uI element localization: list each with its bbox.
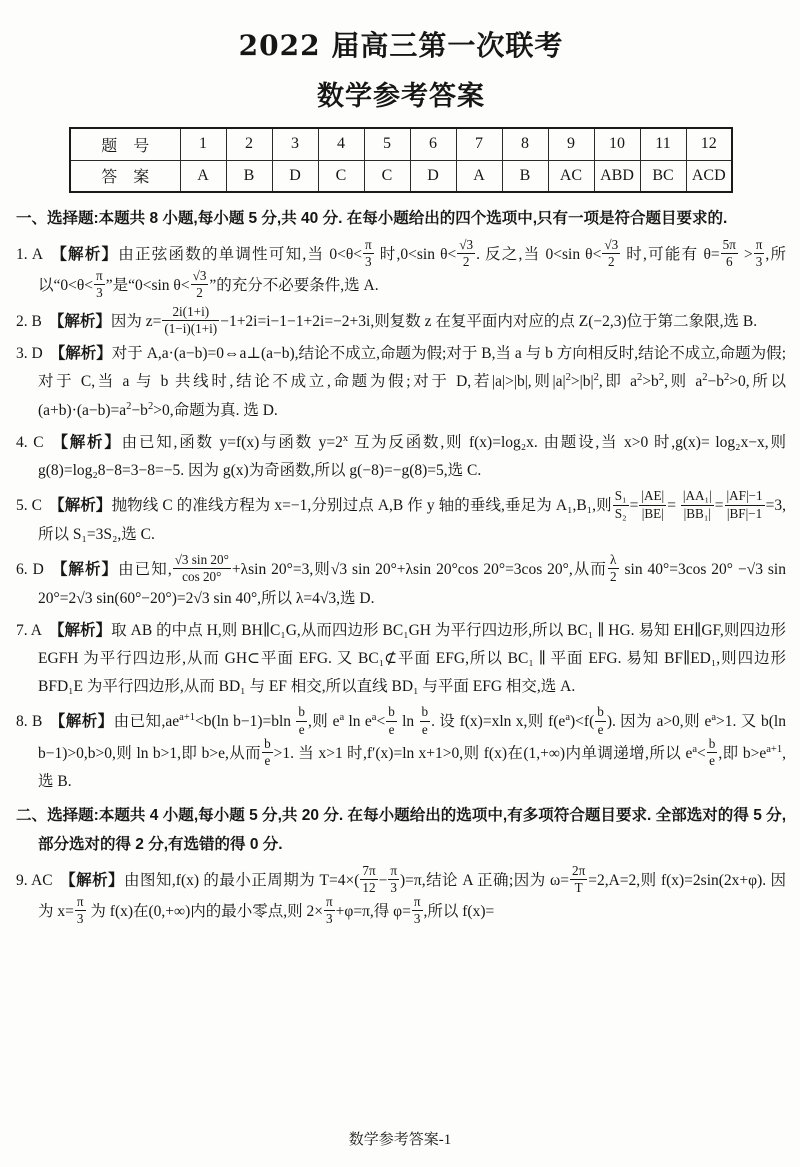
page-footer-label: 数学参考答案-1 xyxy=(0,1128,800,1149)
answer-table-answer-row: 答 案 A B D C C D A B AC ABD BC ACD xyxy=(70,160,732,192)
solution-3-text: 对于 A,a·(a−b)=0⇔a⊥(a−b),结论不成立,命题为假;对于 B,当… xyxy=(38,345,786,419)
solution-5: 5. C【解析】抛物线 C 的准线方程为 x=−1,分别过点 A,B 作 y 轴… xyxy=(16,489,786,549)
question-number: 10 xyxy=(594,128,640,160)
answer-value: A xyxy=(456,160,502,192)
solution-7: 7. A【解析】取 AB 的中点 H,则 BH∥C₁G,从而四边形 BC₁GH … xyxy=(16,617,786,702)
question-number: 6 xyxy=(410,128,456,160)
solution-6-text: 由已知,√3 sin 20°cos 20°+λsin 20°=3,则√3 sin… xyxy=(38,561,786,606)
question-number: 9 xyxy=(548,128,594,160)
solution-3: 3. D【解析】对于 A,a·(a−b)=0⇔a⊥(a−b),结论不成立,命题为… xyxy=(16,340,786,425)
analysis-tag: 【解析】 xyxy=(49,497,112,514)
answer-value: C xyxy=(318,160,364,192)
solution-7-number: 7. A xyxy=(16,622,42,639)
answer-table-number-row: 题 号 1 2 3 4 5 6 7 8 9 10 11 12 xyxy=(70,128,732,160)
solution-9-text: 由图知,f(x) 的最小正周期为 T=4×(7π12−π3)=π,结论 A 正确… xyxy=(38,872,786,920)
solution-4-text: 由已知,函数 y=f(x)与函数 y=2x 互为反函数,则 f(x)=log₂x… xyxy=(38,434,786,479)
question-number: 8 xyxy=(502,128,548,160)
answer-value: ABD xyxy=(594,160,640,192)
solution-2-number: 2. B xyxy=(16,313,42,330)
solution-4-number: 4. C xyxy=(16,434,44,451)
solution-4: 4. C【解析】由已知,函数 y=f(x)与函数 y=2x 互为反函数,则 f(… xyxy=(16,429,786,486)
solution-8-text: 由已知,aea+1<b(ln b−1)=bln be,则 ea ln ea<be… xyxy=(38,713,786,790)
analysis-tag: 【解析】 xyxy=(60,872,124,889)
answer-value: B xyxy=(502,160,548,192)
answer-row-label: 答 案 xyxy=(70,160,180,192)
question-number: 7 xyxy=(456,128,502,160)
question-number: 1 xyxy=(180,128,226,160)
analysis-tag: 【解析】 xyxy=(51,434,122,451)
document-page: 2022 届高三第一次联考 数学参考答案 题 号 1 2 3 4 5 6 7 8… xyxy=(0,0,800,1167)
solution-9: 9. AC【解析】由图知,f(x) 的最小正周期为 T=4×(7π12−π3)=… xyxy=(16,864,786,927)
answer-value: AC xyxy=(548,160,594,192)
solution-7-text: 取 AB 的中点 H,则 BH∥C₁G,从而四边形 BC₁GH 为平行四边形,所… xyxy=(38,622,786,695)
section-one-heading: 一、选择题:本题共 8 小题,每小题 5 分,共 40 分. 在每小题给出的四个… xyxy=(16,205,786,234)
solution-9-number: 9. AC xyxy=(16,872,53,889)
answer-value: BC xyxy=(640,160,686,192)
question-number: 12 xyxy=(686,128,732,160)
answer-key-subtitle: 数学参考答案 xyxy=(16,74,786,113)
answer-value: D xyxy=(272,160,318,192)
answer-table: 题 号 1 2 3 4 5 6 7 8 9 10 11 12 答 案 A B D… xyxy=(69,127,733,193)
section-two-heading: 二、选择题:本题共 4 小题,每小题 5 分,共 20 分. 在每小题给出的选项… xyxy=(16,802,786,859)
answer-value: B xyxy=(226,160,272,192)
solution-1: 1. A【解析】由正弦函数的单调性可知,当 0<θ<π3 时,0<sin θ<√… xyxy=(16,238,786,301)
solution-6: 6. D【解析】由已知,√3 sin 20°cos 20°+λsin 20°=3… xyxy=(16,553,786,613)
analysis-tag: 【解析】 xyxy=(50,246,118,263)
analysis-tag: 【解析】 xyxy=(50,345,112,362)
exam-title: 2022 届高三第一次联考 xyxy=(16,24,786,64)
question-number: 4 xyxy=(318,128,364,160)
answer-value: A xyxy=(180,160,226,192)
analysis-tag: 【解析】 xyxy=(49,713,113,730)
question-number: 5 xyxy=(364,128,410,160)
solution-8-number: 8. B xyxy=(16,713,42,730)
answer-value: ACD xyxy=(686,160,732,192)
solution-5-text: 抛物线 C 的准线方程为 x=−1,分别过点 A,B 作 y 轴的垂线,垂足为 … xyxy=(38,497,786,542)
analysis-tag: 【解析】 xyxy=(49,622,111,639)
question-number: 3 xyxy=(272,128,318,160)
question-number: 11 xyxy=(640,128,686,160)
number-row-label: 题 号 xyxy=(70,128,180,160)
solution-5-number: 5. C xyxy=(16,497,42,514)
solution-8: 8. B【解析】由已知,aea+1<b(ln b−1)=bln be,则 ea … xyxy=(16,705,786,796)
solution-1-number: 1. A xyxy=(16,246,43,263)
solution-2-text: 因为 z=2i(1+i)(1−i)(1+i)−1+2i=i−1−1+2i=−2+… xyxy=(111,313,757,330)
solution-6-number: 6. D xyxy=(16,561,44,578)
solution-2: 2. B【解析】因为 z=2i(1+i)(1−i)(1+i)−1+2i=i−1−… xyxy=(16,305,786,336)
analysis-tag: 【解析】 xyxy=(51,561,118,578)
analysis-tag: 【解析】 xyxy=(49,313,111,330)
answer-value: D xyxy=(410,160,456,192)
answer-value: C xyxy=(364,160,410,192)
solution-1-text: 由正弦函数的单调性可知,当 0<θ<π3 时,0<sin θ<√32. 反之,当… xyxy=(38,246,786,294)
question-number: 2 xyxy=(226,128,272,160)
solution-3-number: 3. D xyxy=(16,345,43,362)
